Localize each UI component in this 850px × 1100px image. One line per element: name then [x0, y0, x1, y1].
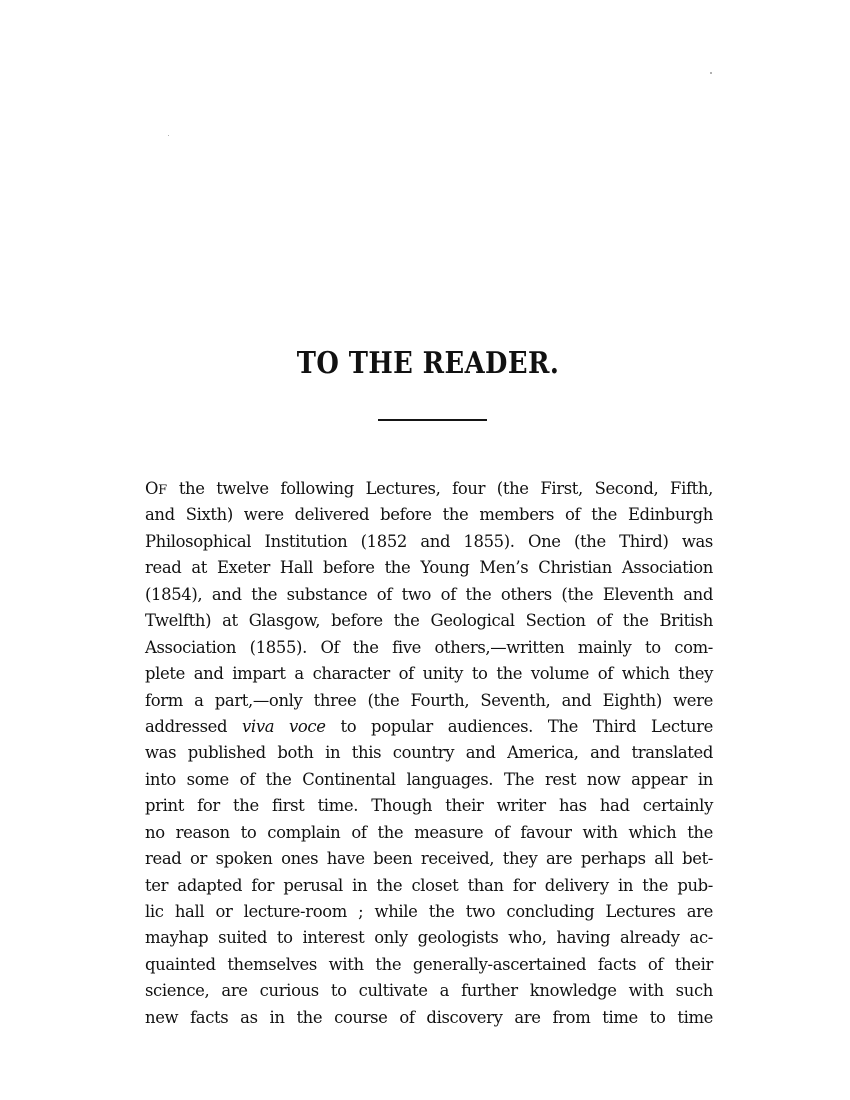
text-line: form a part,—only three (the Fourth, Sev… [145, 688, 713, 714]
text-line: read or spoken ones have been received, … [145, 846, 713, 872]
text-line: and Sixth) were delivered before the mem… [145, 502, 713, 528]
line-text: to popular audiences. The Third Lecture [326, 717, 713, 736]
italic-phrase: viva voce [242, 717, 326, 736]
page-title: TO THE READER. [60, 346, 796, 381]
text-line: was published both in this country and A… [145, 740, 713, 766]
text-line: addressed viva voce to popular audiences… [145, 714, 713, 740]
small-cap-letter: F [158, 483, 167, 498]
text-line: science, are curious to cultivate a furt… [145, 978, 713, 1004]
text-line: read at Exeter Hall before the Young Men… [145, 555, 713, 581]
text-line: plete and impart a character of unity to… [145, 661, 713, 687]
line-text: addressed [145, 717, 242, 736]
text-line: into some of the Continental languages. … [145, 767, 713, 793]
body-paragraph: OF the twelve following Lectures, four (… [145, 476, 713, 1031]
text-line: no reason to complain of the measure of … [145, 820, 713, 846]
drop-initial: O [145, 479, 158, 498]
scan-speck [710, 72, 712, 74]
text-line: (1854), and the substance of two of the … [145, 582, 713, 608]
title-divider-rule [378, 419, 487, 421]
text-line: print for the first time. Though their w… [145, 793, 713, 819]
line-text: the twelve following Lectures, four (the… [167, 479, 713, 498]
text-line: ter adapted for perusal in the closet th… [145, 873, 713, 899]
text-line: new facts as in the course of discovery … [145, 1005, 713, 1031]
scan-speck [168, 135, 169, 136]
text-line: mayhap suited to interest only geologist… [145, 925, 713, 951]
text-line: lic hall or lecture-room ; while the two… [145, 899, 713, 925]
text-line: OF the twelve following Lectures, four (… [145, 476, 713, 502]
text-line: Association (1855). Of the five others,—… [145, 635, 713, 661]
text-line: Philosophical Institution (1852 and 1855… [145, 529, 713, 555]
text-line: Twelfth) at Glasgow, before the Geologic… [145, 608, 713, 634]
text-line: quainted themselves with the generally-a… [145, 952, 713, 978]
